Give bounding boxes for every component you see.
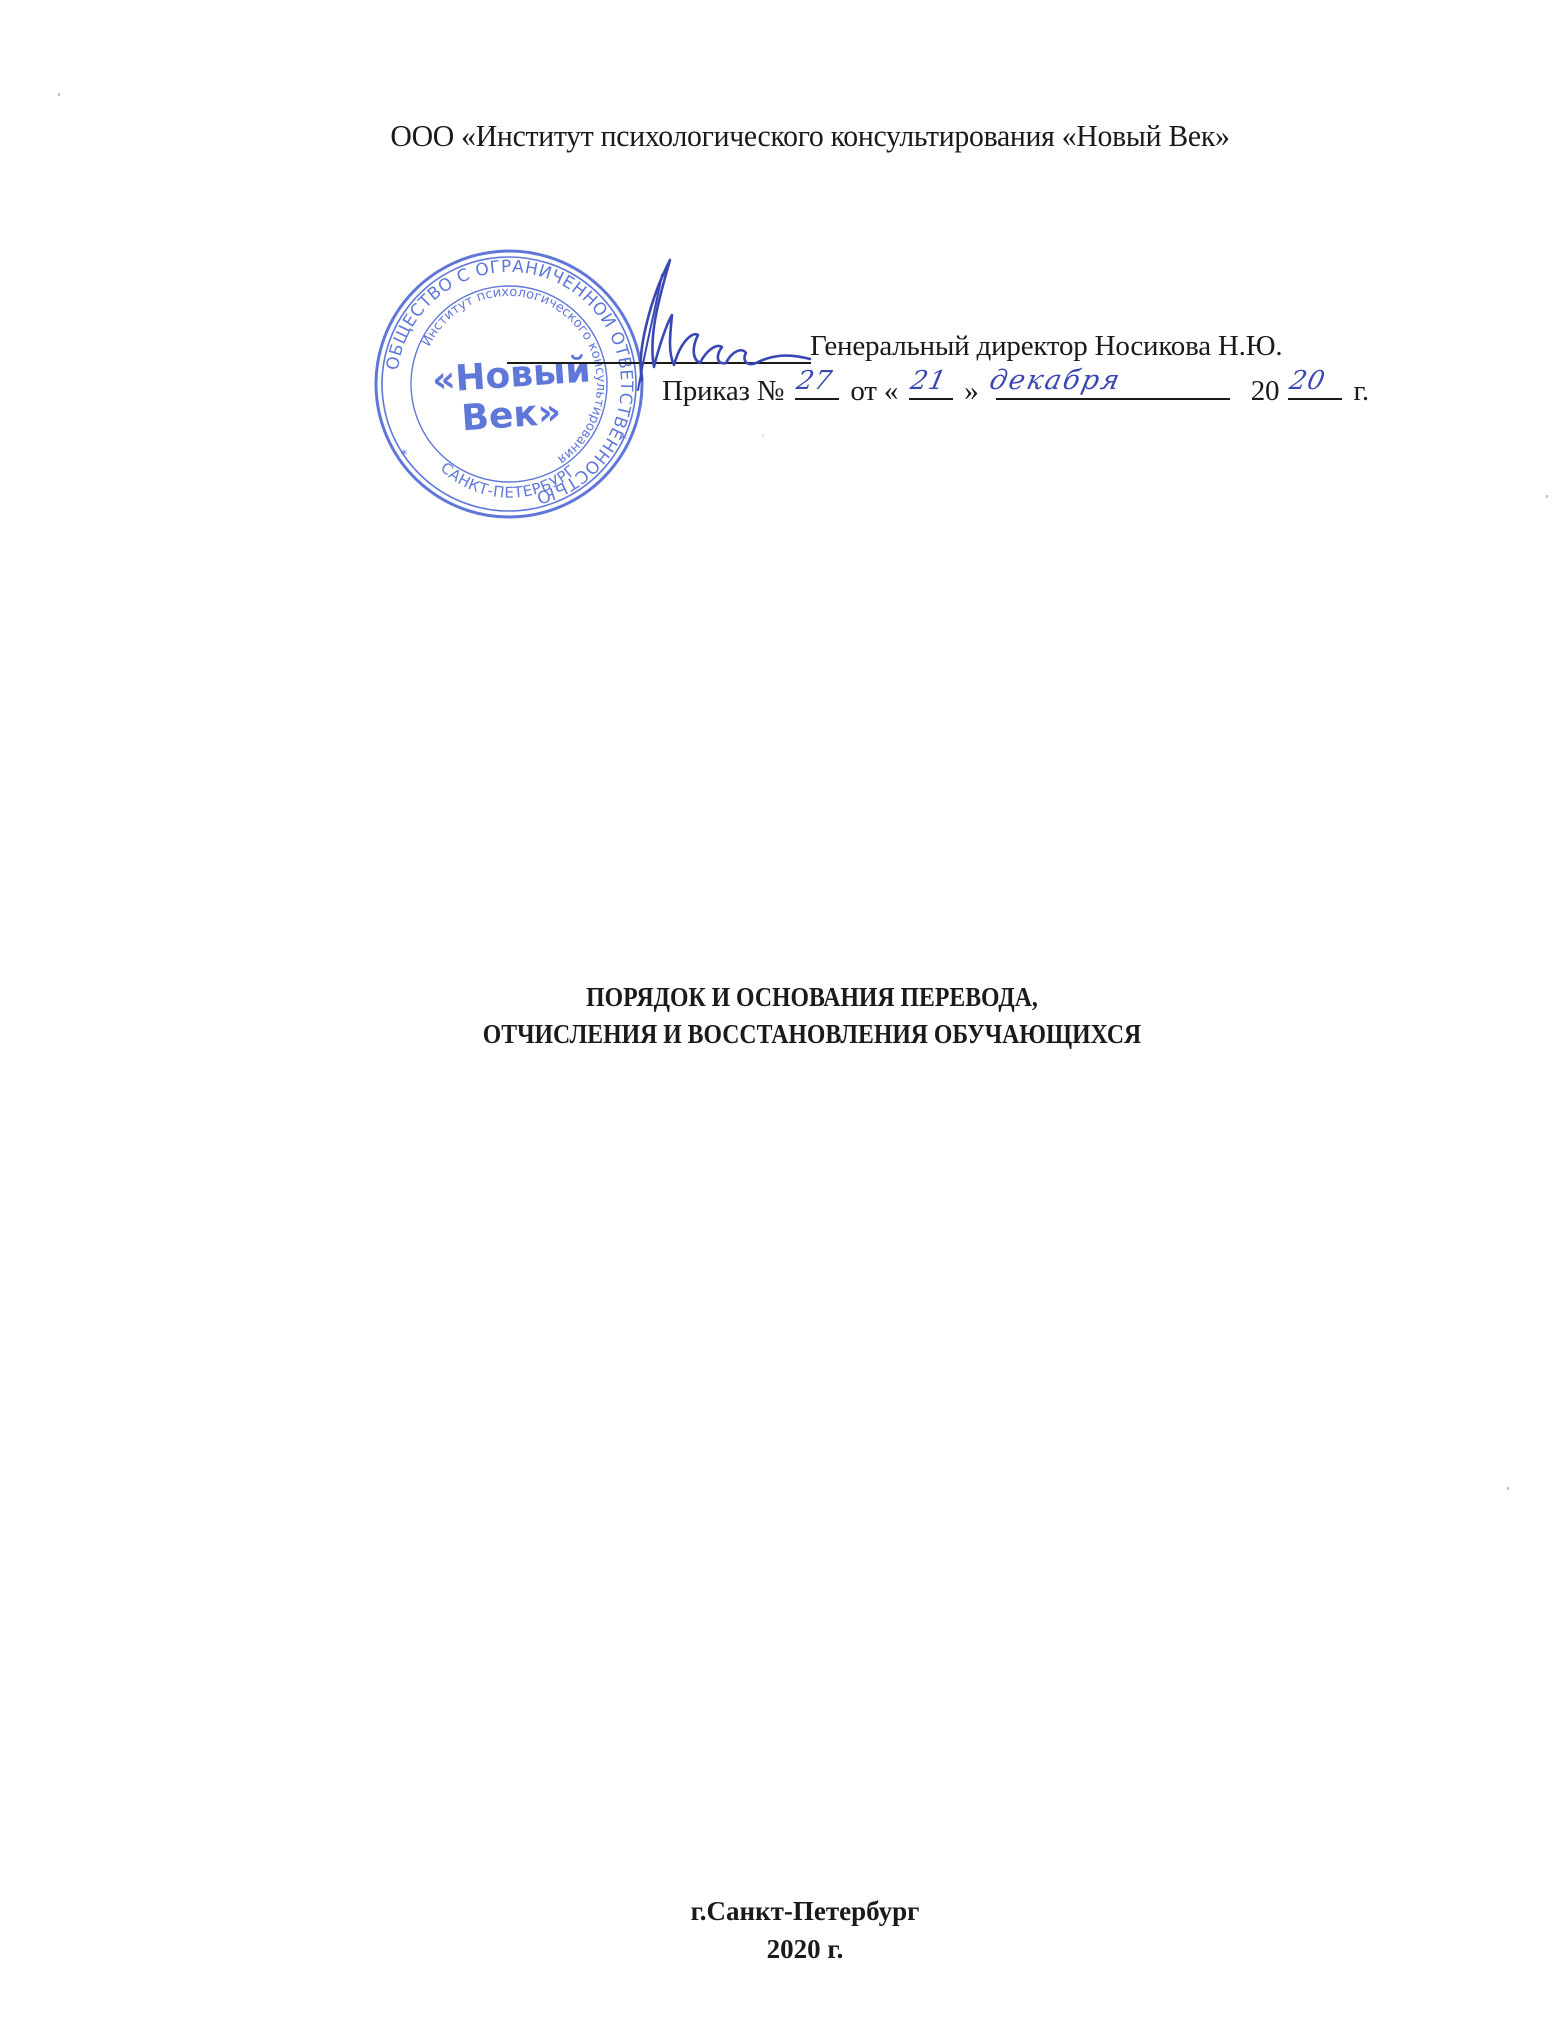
order-line: Приказ № 27 от « 21 » декабря 20 20 г. bbox=[662, 370, 1369, 408]
scan-speck bbox=[58, 93, 60, 96]
order-number-handwritten: 27 bbox=[794, 366, 835, 396]
order-prefix: Приказ № bbox=[662, 375, 784, 408]
date-from-label: от « bbox=[850, 375, 898, 408]
year-label: г. bbox=[1353, 375, 1368, 408]
scan-speck bbox=[1507, 1487, 1509, 1490]
stamp-center-line-2: Век» bbox=[460, 392, 562, 440]
date-close-quote: » bbox=[964, 375, 978, 408]
footer-city: г.Санкт-Петербург bbox=[0, 1896, 1556, 1927]
footer-year: 2020 г. bbox=[0, 1934, 1556, 1965]
document-title-line-1: ПОРЯДОК И ОСНОВАНИЯ ПЕРЕВОДА, bbox=[97, 982, 1526, 1013]
scan-speck bbox=[762, 434, 764, 437]
director-position-name: Генеральный директор Носикова Н.Ю. bbox=[810, 330, 1282, 363]
stamp-center-line-1: «Новый bbox=[431, 349, 592, 401]
organization-header: ООО «Институт психологического консульти… bbox=[32, 118, 1556, 154]
month-handwritten: декабря bbox=[986, 365, 1124, 396]
day-field: 21 bbox=[909, 370, 953, 400]
document-title-line-2: ОТЧИСЛЕНИЯ И ВОССТАНОВЛЕНИЯ ОБУЧАЮЩИХСЯ bbox=[97, 1019, 1526, 1050]
signature-icon bbox=[612, 255, 822, 455]
year-prefix: 20 bbox=[1251, 375, 1280, 408]
scan-speck bbox=[1546, 495, 1548, 498]
year-field: 20 bbox=[1288, 370, 1342, 400]
order-number-field: 27 bbox=[795, 370, 839, 400]
month-field: декабря bbox=[996, 370, 1230, 400]
year-handwritten: 20 bbox=[1287, 366, 1328, 396]
svg-text:*: * bbox=[400, 447, 408, 463]
day-handwritten: 21 bbox=[908, 366, 949, 396]
